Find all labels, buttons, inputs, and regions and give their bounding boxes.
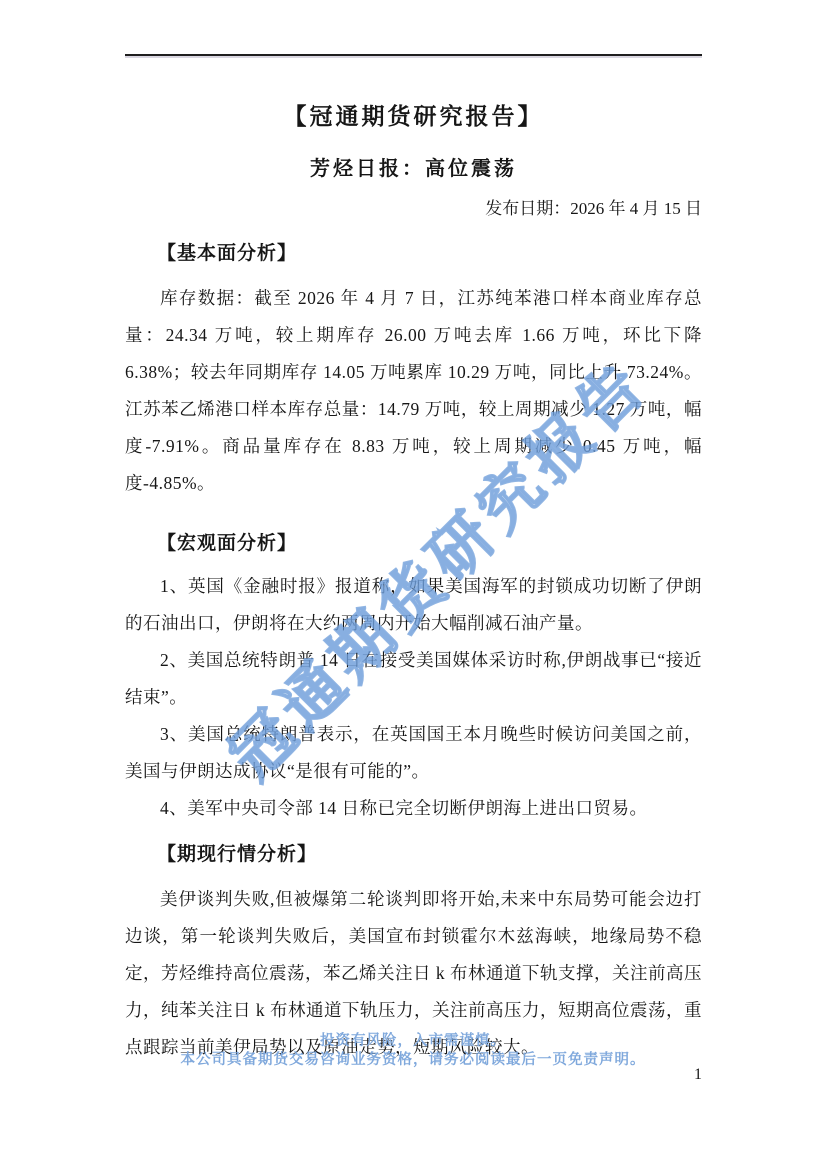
section-macro: 【宏观面分析】 1、英国《金融时报》报道称，如果美国海军的封锁成功切断了伊朗的石… <box>125 532 702 827</box>
page-footer: 投资有风险，入市需谨慎。 本公司具备期货交易咨询业务资格，请务必阅读最后一页免责… <box>0 1032 826 1070</box>
header-rule <box>125 54 702 56</box>
report-subtitle: 芳烃日报：高位震荡 <box>125 156 702 182</box>
report-page: 【冠通期货研究报告】 芳烃日报：高位震荡 发布日期：2026 年 4 月 15 … <box>0 0 826 1169</box>
section-heading-fundamentals: 【基本面分析】 <box>125 242 702 266</box>
page-number: 1 <box>125 1066 702 1084</box>
section-heading-macro: 【宏观面分析】 <box>125 532 702 556</box>
fundamentals-paragraph: 库存数据：截至 2026 年 4 月 7 日，江苏纯苯港口样本商业库存总量：24… <box>125 280 702 502</box>
page-content: 【冠通期货研究报告】 芳烃日报：高位震荡 发布日期：2026 年 4 月 15 … <box>125 0 702 1066</box>
macro-item-1: 1、英国《金融时报》报道称，如果美国海军的封锁成功切断了伊朗的石油出口，伊朗将在… <box>125 568 702 642</box>
macro-item-4: 4、美军中央司令部 14 日称已完全切断伊朗海上进出口贸易。 <box>125 790 702 827</box>
macro-item-2: 2、美国总统特朗普 14 日在接受美国媒体采访时称,伊朗战事已“接近结束”。 <box>125 642 702 716</box>
publish-date: 发布日期：2026 年 4 月 15 日 <box>125 198 702 220</box>
section-heading-market: 【期现行情分析】 <box>125 843 702 867</box>
footer-risk-warning: 投资有风险，入市需谨慎。 <box>0 1032 826 1051</box>
report-title: 【冠通期货研究报告】 <box>125 102 702 132</box>
section-fundamentals: 【基本面分析】 库存数据：截至 2026 年 4 月 7 日，江苏纯苯港口样本商… <box>125 242 702 502</box>
macro-item-3: 3、美国总统特朗普表示，在英国国王本月晚些时候访问美国之前，美国与伊朗达成协议“… <box>125 716 702 790</box>
